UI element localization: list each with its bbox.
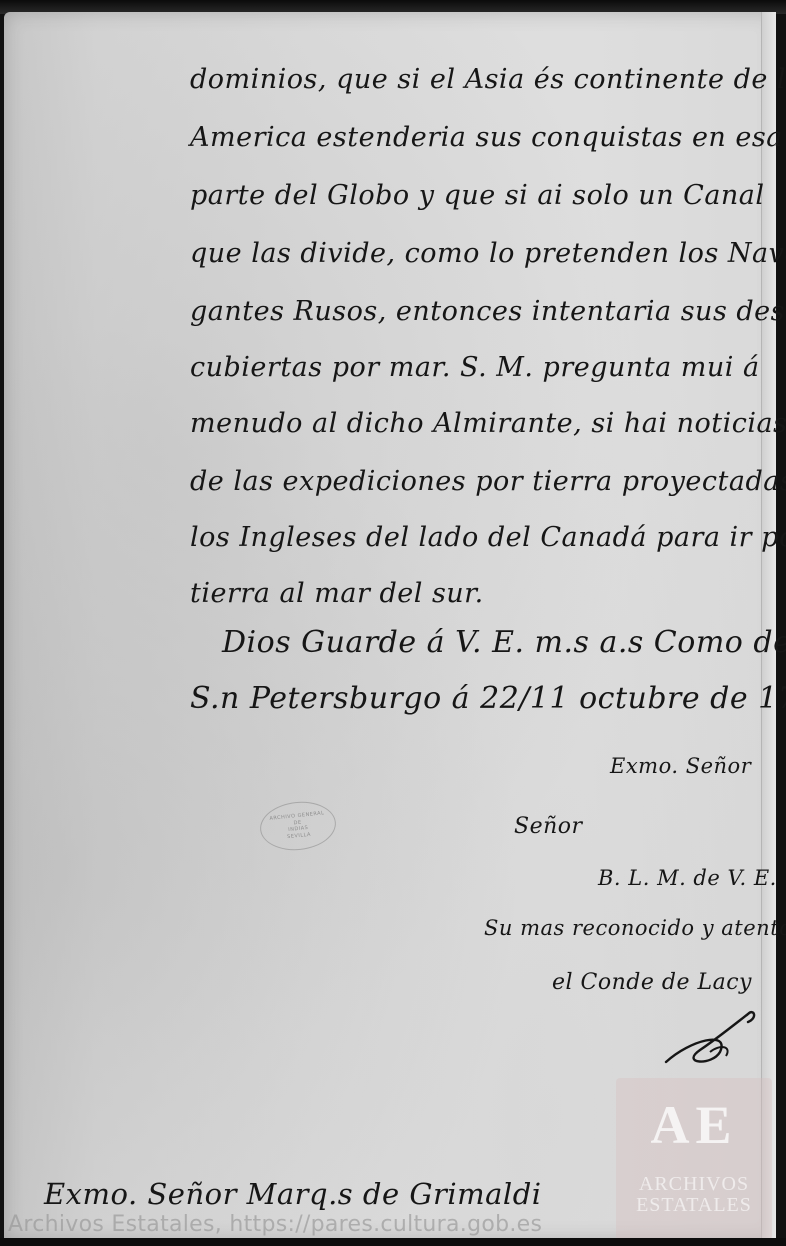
body-line: de las expediciones por tierra proyectad… <box>190 468 786 495</box>
signature-rubric-icon <box>660 1000 770 1070</box>
source-url-watermark: Archivos Estatales, https://pares.cultur… <box>8 1212 542 1237</box>
scan-bottom-border <box>0 1238 786 1246</box>
addressee-line: Exmo. Señor Marq.s de Grimaldi <box>44 1180 542 1209</box>
stamp-line: SEVILLA <box>287 831 311 840</box>
body-line: gantes Rusos, entonces intentaria sus de… <box>190 298 786 325</box>
salutation-senor: Señor <box>514 816 583 838</box>
body-line: cubiertas por mar. S. M. pregunta mui á <box>190 354 760 381</box>
salutation-excelentisimo: Exmo. Señor <box>610 756 751 777</box>
logo-text: ARCHIVOS <box>639 1174 749 1195</box>
ae-logo-icon: AE <box>650 1098 737 1152</box>
closing-formula: Dios Guarde á V. E. m.s a.s Como deseo. <box>222 628 786 658</box>
body-line: dominios, que si el Asia és continente d… <box>190 66 786 93</box>
place-date-line: S.n Petersburgo á 22/11 octubre de 1772. <box>190 684 786 714</box>
archivos-estatales-logo: AE ARCHIVOS ESTATALES <box>616 1078 772 1240</box>
salutation-servidor: Su mas reconocido y atento servidor <box>484 918 786 939</box>
salutation-blm: B. L. M. de V. E. <box>598 868 777 889</box>
body-line: parte del Globo y que si ai solo un Cana… <box>190 182 765 209</box>
body-line: los Ingleses del lado del Canadá para ir… <box>190 524 786 551</box>
body-line: America estenderia sus conquistas en esa <box>190 124 783 151</box>
signature-name: el Conde de Lacy <box>552 972 752 994</box>
body-line: que las divide, como lo pretenden los Na… <box>190 240 786 267</box>
body-line: menudo al dicho Almirante, si hai notici… <box>190 410 786 437</box>
logo-text: ESTATALES <box>636 1195 752 1216</box>
body-line: tierra al mar del sur. <box>190 580 484 607</box>
scanned-document: dominios, que si el Asia és continente d… <box>0 0 786 1246</box>
